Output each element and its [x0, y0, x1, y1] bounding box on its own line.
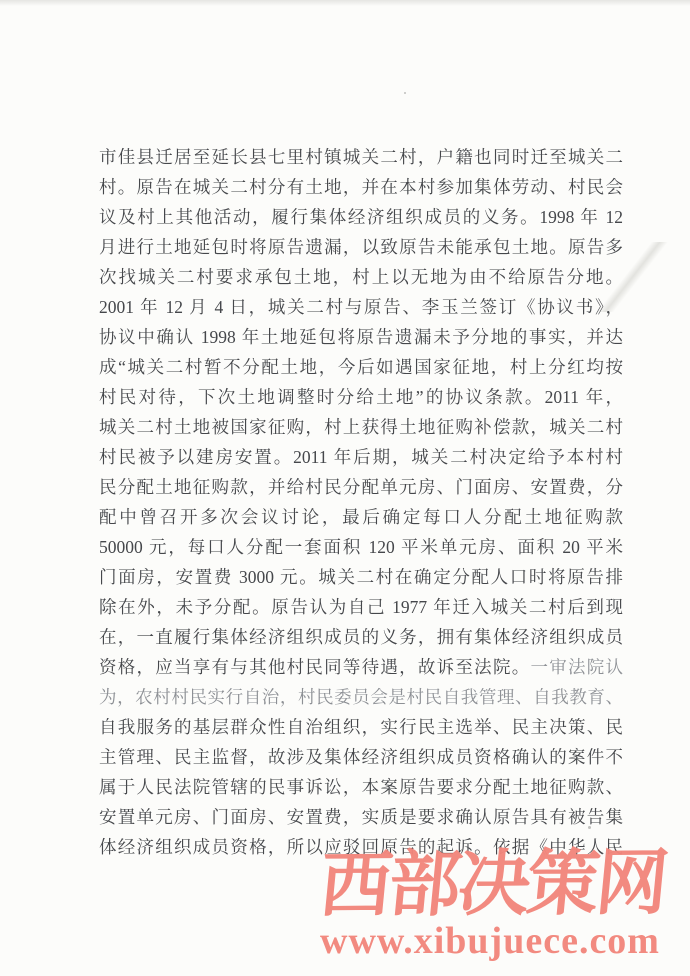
text-segment: 在，一直履行集体经济组织成员的义务，拥有集体经济组织成员 — [99, 627, 623, 647]
text-segment: 民分配土地征购款，并给村民分配单元房、门面房、安置费，分 — [99, 477, 623, 497]
text-line: 村。原告在城关二村分有土地，并在本村参加集体劳动、村民会 — [99, 172, 623, 202]
text-line: 村民被予以建房安置。2011 年后期，城关二村决定给予本村村 — [99, 442, 623, 472]
text-line: 配中曾召开多次会议讨论，最后确定每口人分配土地征购款 — [99, 502, 623, 532]
text-line: 安置单元房、门面房、安置费，实质是要求确认原告具有被告集 — [99, 802, 623, 832]
text-segment: 为，农村村民实行自治，村民委员会是村民自我管理、自我教育、 — [99, 687, 623, 707]
text-line: 门面房，安置费 3000 元。城关二村在确定分配人口时将原告排 — [99, 562, 623, 592]
text-segment: 自我服务的基层群众性自治组织，实行民主选举、民主决策、民 — [99, 717, 623, 737]
text-segment: 属于人民法院管辖的民事诉讼，本案原告要求分配土地征购款、 — [99, 777, 623, 797]
text-segment: 成“城关二村暂不分配土地，今后如遇国家征地，村上分红均按 — [99, 357, 623, 377]
text-segment: 门面房，安置费 3000 元。城关二村在确定分配人口时将原告排 — [99, 567, 623, 587]
text-segment: 除在外，未予分配。原告认为自己 1977 年迁入城关二村后到现 — [99, 597, 623, 617]
text-segment: 2001 年 12 月 4 日，城关二村与原告、李玉兰签订《协议书》， — [99, 297, 623, 317]
text-line: 议及村上其他活动，履行集体经济组织成员的义务。1998 年 12 — [99, 202, 623, 232]
text-line: 主管理、民主监督，故涉及集体经济组织成员资格确认的案件不 — [99, 742, 623, 772]
text-segment: 配中曾召开多次会议讨论，最后确定每口人分配土地征购款 — [99, 507, 623, 527]
text-segment: 村民对待，下次土地调整时分给土地”的协议条款。2011 年， — [99, 387, 623, 407]
text-line: 自我服务的基层群众性自治组织，实行民主选举、民主决策、民 — [99, 712, 623, 742]
text-line: 除在外，未予分配。原告认为自己 1977 年迁入城关二村后到现 — [99, 592, 623, 622]
text-line: 2001 年 12 月 4 日，城关二村与原告、李玉兰签订《协议书》， — [99, 292, 623, 322]
text-segment: 月进行土地延包时将原告遗漏，以致原告未能承包土地。原告多 — [99, 237, 623, 257]
scan-edge-shadow — [0, 0, 690, 6]
text-segment: 协议中确认 1998 年土地延包将原告遗漏未予分地的事实，并达 — [99, 327, 623, 347]
text-segment: 一审法院认 — [530, 657, 623, 677]
text-segment: 主管理、民主监督，故涉及集体经济组织成员资格确认的案件不 — [99, 747, 623, 767]
text-line: 市佳县迁居至延长县七里村镇城关二村，户籍也同时迁至城关二 — [99, 142, 623, 172]
text-segment: 50000 元，每口人分配一套面积 120 平米单元房、面积 20 平米 — [99, 537, 623, 557]
watermark-site-url: www.xibujuece.com — [320, 919, 686, 963]
scanned-document-page: 市佳县迁居至延长县七里村镇城关二村，户籍也同时迁至城关二村。原告在城关二村分有土… — [0, 0, 690, 976]
text-segment: 市佳县迁居至延长县七里村镇城关二村，户籍也同时迁至城关二 — [99, 147, 623, 167]
text-segment: 安置单元房、门面房、安置费，实质是要求确认原告具有被告集 — [99, 807, 623, 827]
text-segment: 村。原告在城关二村分有土地，并在本村参加集体劳动、村民会 — [99, 177, 623, 197]
text-segment: 资格，应当享有与其他村民同等待遇，故诉至法院。 — [99, 657, 530, 677]
text-line: 在，一直履行集体经济组织成员的义务，拥有集体经济组织成员 — [99, 622, 623, 652]
text-line: 城关二村土地被国家征购，村上获得土地征购补偿款，城关二村 — [99, 412, 623, 442]
text-segment: 次找城关二村要求承包土地，村上以无地为由不给原告分地。 — [99, 267, 623, 287]
paper-speck — [404, 92, 406, 94]
text-segment: 村民被予以建房安置。2011 年后期，城关二村决定给予本村村 — [99, 447, 623, 467]
text-segment: 体经济组织成员资格，所以应驳回原告的起诉。依据《中华人民 — [99, 837, 623, 857]
text-line: 次找城关二村要求承包土地，村上以无地为由不给原告分地。 — [99, 262, 623, 292]
text-segment: 城关二村土地被国家征购，村上获得土地征购补偿款，城关二村 — [99, 417, 623, 437]
text-line: 50000 元，每口人分配一套面积 120 平米单元房、面积 20 平米 — [99, 532, 623, 562]
text-line: 村民对待，下次土地调整时分给土地”的协议条款。2011 年， — [99, 382, 623, 412]
text-segment: 议及村上其他活动，履行集体经济组织成员的义务。1998 年 12 — [99, 207, 623, 227]
text-line: 民分配土地征购款，并给村民分配单元房、门面房、安置费，分 — [99, 472, 623, 502]
document-text: 市佳县迁居至延长县七里村镇城关二村，户籍也同时迁至城关二村。原告在城关二村分有土… — [99, 142, 623, 862]
text-line: 为，农村村民实行自治，村民委员会是村民自我管理、自我教育、 — [99, 682, 623, 712]
text-line: 体经济组织成员资格，所以应驳回原告的起诉。依据《中华人民 — [99, 832, 623, 862]
text-line: 属于人民法院管辖的民事诉讼，本案原告要求分配土地征购款、 — [99, 772, 623, 802]
text-line: 月进行土地延包时将原告遗漏，以致原告未能承包土地。原告多 — [99, 232, 623, 262]
text-line: 资格，应当享有与其他村民同等待遇，故诉至法院。一审法院认 — [99, 652, 623, 682]
text-line: 成“城关二村暂不分配土地，今后如遇国家征地，村上分红均按 — [99, 352, 623, 382]
text-line: 协议中确认 1998 年土地延包将原告遗漏未予分地的事实，并达 — [99, 322, 623, 352]
